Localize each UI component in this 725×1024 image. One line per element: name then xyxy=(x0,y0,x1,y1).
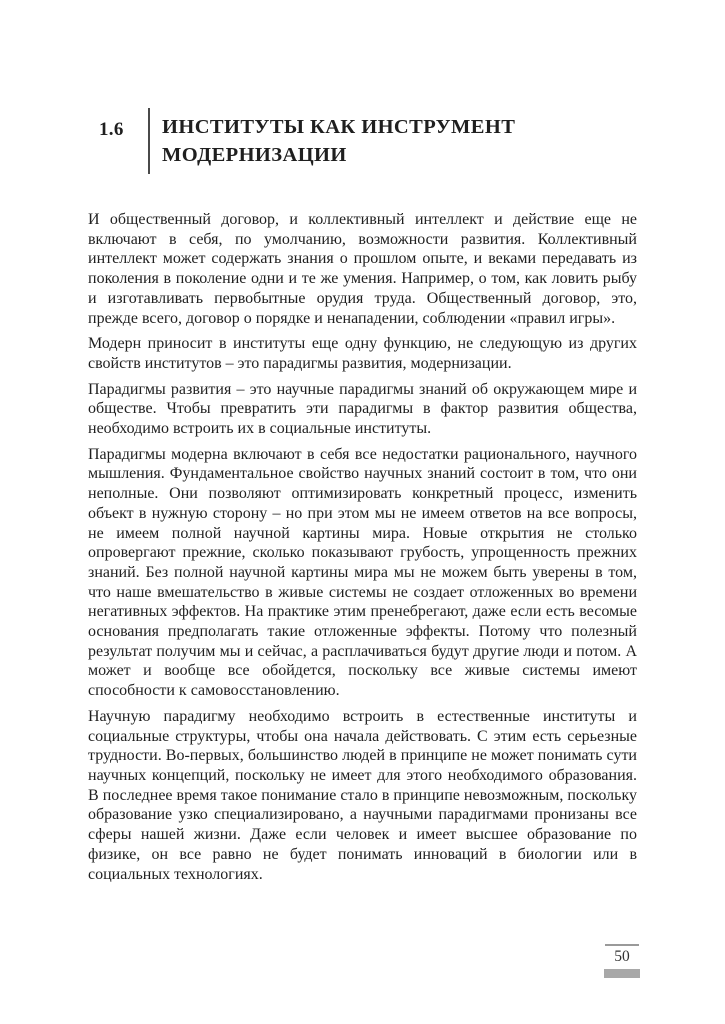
page-number-bar xyxy=(604,969,640,978)
section-title-line-1: ИНСТИТУТЫ КАК ИНСТРУМЕНТ xyxy=(162,113,515,141)
page-number: 50 xyxy=(604,946,640,968)
section-number: 1.6 xyxy=(99,119,124,141)
heading-divider xyxy=(148,108,150,174)
body-paragraph: Модерн приносит в институты еще одну фун… xyxy=(88,334,637,373)
page-number-block: 50 xyxy=(604,944,640,978)
document-page: 1.6 ИНСТИТУТЫ КАК ИНСТРУМЕНТ МОДЕРНИЗАЦИ… xyxy=(0,0,725,1024)
body-paragraph: И общественный договор, и коллективный и… xyxy=(88,210,637,328)
body-paragraph: Научную парадигму необходимо встроить в … xyxy=(88,707,637,884)
body-paragraph: Парадигмы развития – это научные парадиг… xyxy=(88,380,637,439)
section-title: ИНСТИТУТЫ КАК ИНСТРУМЕНТ МОДЕРНИЗАЦИИ xyxy=(162,113,515,169)
body-paragraph: Парадигмы модерна включают в себя все не… xyxy=(88,445,637,701)
section-title-line-2: МОДЕРНИЗАЦИИ xyxy=(162,141,515,169)
body-text: И общественный договор, и коллективный и… xyxy=(88,210,637,890)
